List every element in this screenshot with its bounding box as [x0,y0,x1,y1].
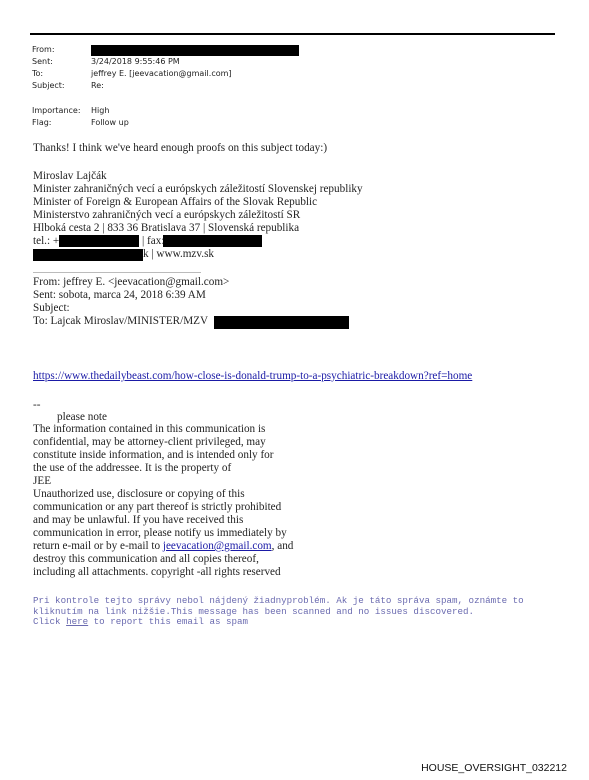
disclaimer-line: destroy this communication and all copie… [33,553,293,566]
signature-name: Miroslav Lajčák [33,170,107,183]
flag-label: Flag: [32,118,52,127]
quoted-subject: Subject: [33,302,70,315]
redaction-fax [163,235,262,247]
importance-label: Importance: [32,106,81,115]
disclaimer-line: constitute inside information, and is in… [33,449,293,462]
disclaimer-line: and may be unlawful. If you have receive… [33,514,293,527]
signature-title-sk: Minister zahraničných vecí a európskych … [33,183,363,196]
return-email-link[interactable]: jeevacation@gmail.com [163,540,272,552]
redaction-from [91,45,299,56]
quoted-to: To: Lajcak Miroslav/MINISTER/MZV [33,315,208,328]
signature-address: Hlboká cesta 2 | 833 36 Bratislava 37 | … [33,222,299,235]
disclaimer-line: Unauthorized use, disclosure or copying … [33,488,293,501]
return-prefix: return e-mail or by e-mail to [33,540,163,552]
sent-value: 3/24/2018 9:55:46 PM [91,57,180,66]
signature-website: k | www.mzv.sk [143,248,214,261]
header-rule [30,33,555,35]
article-link[interactable]: https://www.thedailybeast.com/how-close-… [33,370,472,383]
to-value: jeffrey E. [jeevacation@gmail.com] [91,69,232,78]
signature-tel-label: tel.: + [33,235,59,248]
report-spam-line: Click here to report this email as spam [33,617,524,628]
report-spam-link[interactable]: here [66,616,88,627]
return-suffix: , and [272,540,294,552]
report-suffix: to report this email as spam [88,616,248,627]
scan-notice-line-sk: Pri kontrole tejto správy nebol nájdený … [33,596,524,607]
quote-separator [33,272,201,273]
signature-ministry: Ministerstvo zahraničných vecí a európsk… [33,209,300,222]
subject-label: Subject: [32,81,65,90]
flag-value: Follow up [91,118,129,127]
from-label: From: [32,45,55,54]
disclaimer-line: The information contained in this commun… [33,423,293,436]
bates-number: HOUSE_OVERSIGHT_032212 [421,762,567,774]
message-text: Thanks! I think we've heard enough proof… [33,142,327,155]
scan-notice: Pri kontrole tejto správy nebol nájdený … [33,596,524,628]
subject-value: Re: [91,81,104,90]
disclaimer-line: confidential, may be attorney-client pri… [33,436,293,449]
quoted-sent: Sent: sobota, marca 24, 2018 6:39 AM [33,289,206,302]
signature-fax-label: | fax: [142,235,164,248]
disclaimer-line: the use of the addressee. It is the prop… [33,462,293,475]
disclaimer-return-line: return e-mail or by e-mail to jeevacatio… [33,540,293,553]
disclaimer-block: The information contained in this commun… [33,423,293,579]
redaction-to [214,316,349,329]
disclaimer-line: JEE [33,475,293,488]
report-prefix: Click [33,616,66,627]
signature-dashes: -- [33,399,40,412]
to-label: To: [32,69,43,78]
disclaimer-line: communication or any part thereof is str… [33,501,293,514]
importance-value: High [91,106,109,115]
signature-title-en: Minister of Foreign & European Affairs o… [33,196,317,209]
redaction-email [33,249,143,261]
disclaimer-line: communication in error, please notify us… [33,527,293,540]
redaction-tel [59,235,139,247]
sent-label: Sent: [32,57,53,66]
quoted-from: From: jeffrey E. <jeevacation@gmail.com> [33,276,229,289]
disclaimer-line: including all attachments. copyright -al… [33,566,293,579]
